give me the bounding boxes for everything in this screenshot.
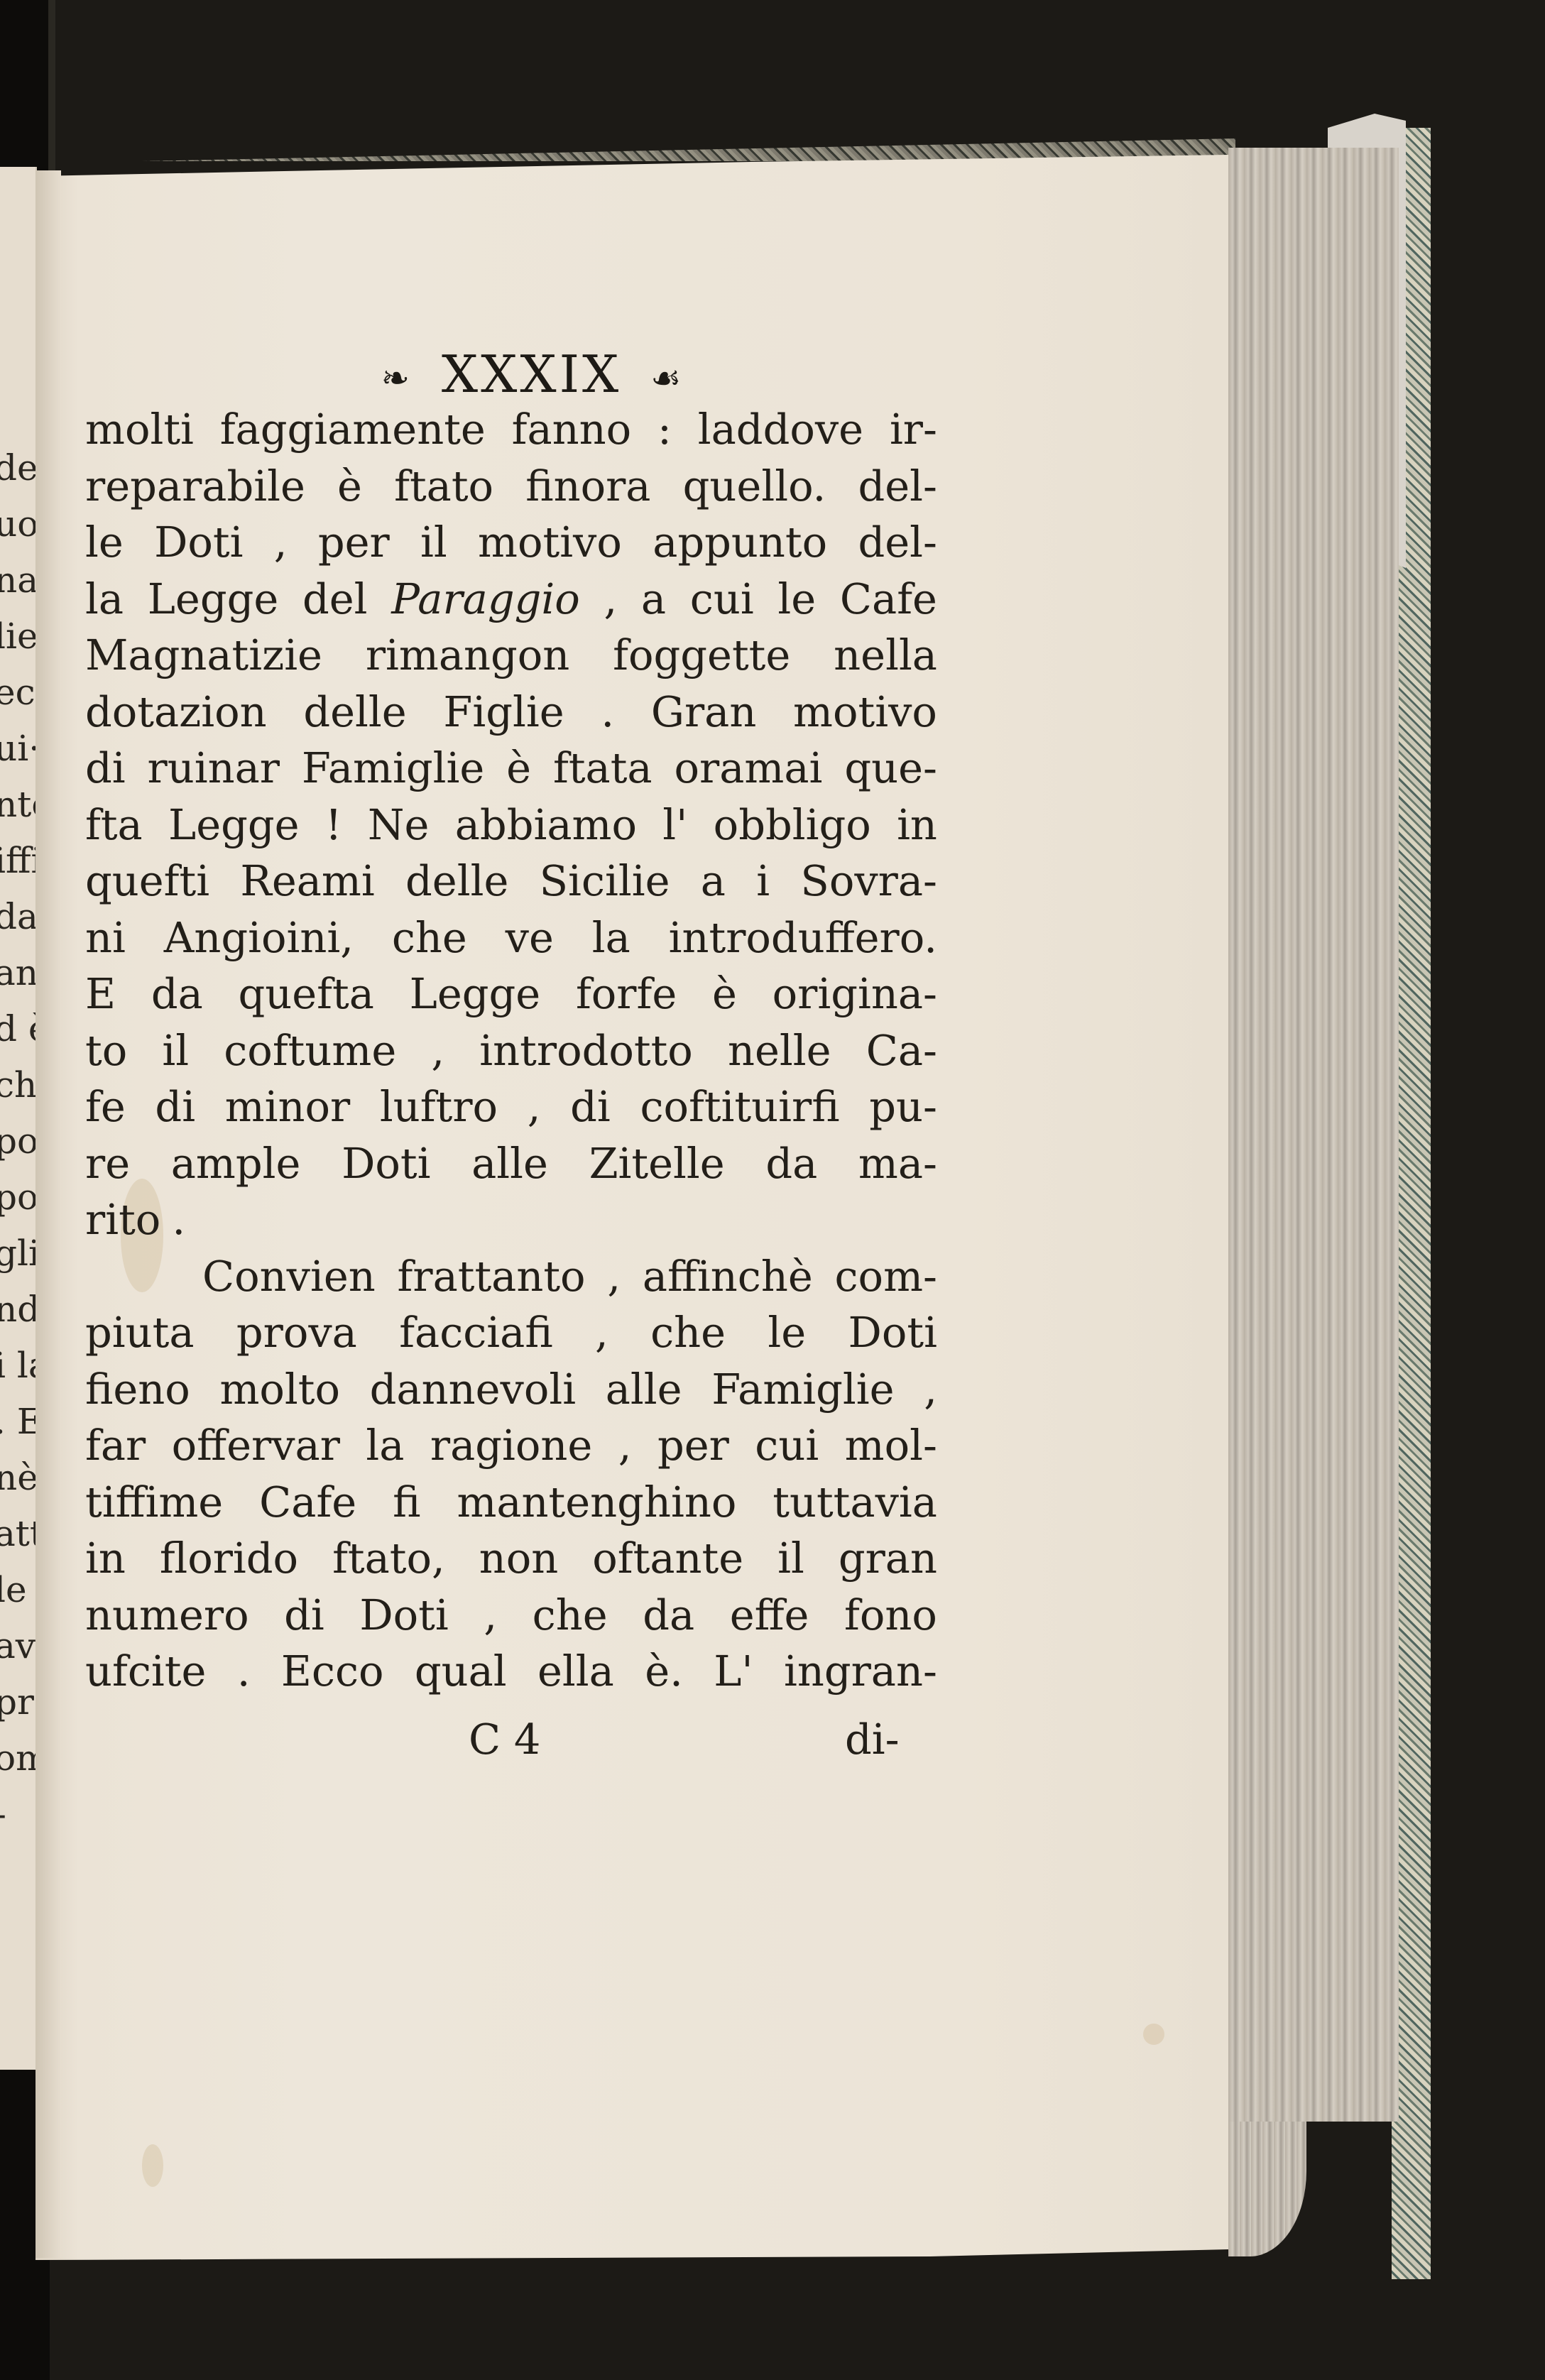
word: molto	[219, 1361, 340, 1418]
word: quefta	[239, 966, 374, 1022]
word: .	[601, 684, 614, 741]
word: Doti	[359, 1587, 448, 1644]
text-line: faroffervarlaragione,percuimol-	[85, 1417, 937, 1474]
text-line: fediminorluftro,dicoftituirfipu-	[85, 1079, 937, 1135]
word: ufcite	[85, 1643, 206, 1700]
word: ella	[537, 1643, 614, 1700]
word: ,	[618, 1417, 632, 1474]
word: foggette	[613, 627, 790, 684]
word: Famiglie	[302, 740, 484, 797]
facing-page-fragment: nè,	[0, 1450, 37, 1505]
word: mol-	[845, 1417, 937, 1474]
facing-page-fragment: poi·	[0, 1113, 37, 1169]
word: reparabile	[85, 458, 305, 515]
facing-page-fragment: -	[0, 1786, 6, 1842]
word: ruinar	[148, 740, 280, 797]
word: fieno	[85, 1361, 190, 1418]
word: del-	[858, 514, 937, 571]
word: ,	[274, 514, 288, 571]
word: ftato,	[332, 1530, 445, 1587]
word: facciafi	[399, 1304, 553, 1361]
word: Ecco	[281, 1643, 384, 1700]
word: ragione	[430, 1417, 592, 1474]
word: introdotto	[479, 1022, 693, 1079]
facing-page-fragment: le	[0, 1562, 27, 1617]
word: il	[162, 1022, 189, 1079]
facing-page-fragment: ec·	[0, 665, 37, 720]
facing-page-fragment: pre·	[0, 1674, 37, 1730]
word: introduffero.	[669, 910, 937, 966]
word: le	[85, 514, 124, 571]
word: da	[765, 1135, 817, 1192]
word: prova	[236, 1304, 357, 1361]
word: Cafe	[840, 571, 937, 628]
word: alle	[471, 1135, 548, 1192]
word: far	[85, 1417, 146, 1474]
facing-page-fragment: che	[0, 1057, 37, 1113]
word: Doti	[154, 514, 243, 571]
word: tuttavia	[772, 1474, 937, 1531]
word: la	[85, 571, 124, 628]
text-line: laLeggedelParaggio,acuileCafe	[85, 571, 937, 628]
word: fi	[393, 1474, 420, 1531]
word: dotazion	[85, 684, 267, 741]
text-line: fienomoltodannevolialleFamiglie,	[85, 1361, 937, 1418]
word: i	[756, 853, 770, 910]
word: fono	[844, 1587, 937, 1644]
text-line: diruinarFamiglieèftataoramaique-	[85, 740, 937, 797]
facing-page-fragment: glie	[0, 1226, 37, 1281]
text-line: tiffimeCafefimantenghinotuttavia	[85, 1474, 937, 1531]
page-gutter-fold	[36, 170, 61, 2258]
facing-page-fragment: ome	[0, 1730, 37, 1786]
word: è.	[645, 1643, 683, 1700]
word: re	[85, 1135, 130, 1192]
text-line: reparabileèftatofinoraquello.del-	[85, 458, 937, 515]
word: florido	[160, 1530, 298, 1587]
word: Legge	[168, 797, 300, 853]
facing-page-fragment: ui·	[0, 721, 37, 776]
word: to	[85, 1022, 127, 1079]
word: coftituirfi	[640, 1079, 839, 1135]
word: motivo	[478, 514, 622, 571]
word: forfe	[576, 966, 677, 1022]
word: fe	[85, 1079, 126, 1135]
word: la	[592, 910, 630, 966]
facing-page-fragment: lie,	[0, 608, 37, 664]
page-footer: C 4 di-	[85, 1715, 937, 1772]
word: ,	[607, 1248, 621, 1305]
word: oftante	[592, 1530, 743, 1587]
word: per	[318, 514, 390, 571]
word: ftato	[394, 458, 493, 515]
text-line: leDoti,perilmotivoappuntodel-	[85, 514, 937, 571]
word: la	[366, 1417, 404, 1474]
word: Magnatizie	[85, 627, 322, 684]
word: L'	[714, 1643, 753, 1700]
word: affinchè	[643, 1248, 813, 1305]
word: Ca-	[866, 1022, 937, 1079]
word: cui	[690, 571, 754, 628]
right-fleuron-icon: ☙	[650, 359, 684, 398]
word: motivo	[793, 684, 937, 741]
word: è	[506, 740, 531, 797]
facing-page-fragment: avia	[0, 1618, 37, 1674]
text-line: ftaLegge!Neabbiamol'obbligoin	[85, 797, 937, 853]
word: appunto	[653, 514, 827, 571]
word: Cafe	[259, 1474, 356, 1531]
text-line: dotaziondelleFiglie.Granmotivo	[85, 684, 937, 741]
word: del-	[858, 458, 937, 515]
word: .	[172, 1191, 185, 1248]
text-line: queftiReamidelleSicilieaiSovra-	[85, 853, 937, 910]
word: frattanto	[398, 1248, 586, 1305]
word: che	[533, 1587, 608, 1644]
word: ve	[506, 910, 554, 966]
word: in	[897, 797, 937, 853]
signature-mark: C 4	[469, 1715, 540, 1764]
word: ,	[431, 1022, 444, 1079]
facing-page-fragment: iffi·	[0, 833, 37, 888]
word: Reami	[240, 853, 374, 910]
word: il	[420, 514, 447, 571]
word: di	[284, 1587, 324, 1644]
text-line: Magnatizierimangonfoggettenella	[85, 627, 937, 684]
facing-page-fragment: del·	[0, 440, 37, 496]
word: che	[392, 910, 467, 966]
page-edges-stack	[1228, 148, 1399, 2122]
text-line: EdaqueftaLeggeforfeèorigina-	[85, 966, 937, 1022]
word: Legge	[148, 571, 279, 628]
word: com-	[835, 1248, 937, 1305]
word: gran	[839, 1530, 937, 1587]
word: Doti	[848, 1304, 937, 1361]
word: ,	[924, 1361, 937, 1418]
word: coftume	[224, 1022, 396, 1079]
text-line: Convienfrattanto,affinchècom-	[85, 1248, 937, 1305]
word: E	[85, 966, 116, 1022]
word: le	[768, 1304, 806, 1361]
word: laddove	[698, 401, 863, 458]
word: cui	[755, 1417, 819, 1474]
page-number: XXXIX	[442, 344, 621, 404]
page-header: ❧ XXXIX ☙	[312, 344, 753, 404]
catchword: di-	[845, 1715, 900, 1764]
word: tiffime	[85, 1474, 223, 1531]
word: rito	[85, 1191, 160, 1248]
facing-page-fragment: . E	[0, 1394, 37, 1449]
word: origina-	[772, 966, 937, 1022]
facing-page-fragment: nde	[0, 1282, 37, 1337]
word: quello.	[683, 458, 826, 515]
word: faggiamente	[220, 401, 486, 458]
text-line: reampleDotialleZitelledama-	[85, 1135, 937, 1192]
word: effe	[730, 1587, 809, 1644]
facing-page-fragment: i la	[0, 1338, 37, 1393]
word: piuta	[85, 1304, 195, 1361]
word: Angioini,	[164, 910, 354, 966]
text-line: toilcoftume,introdottonelleCa-	[85, 1022, 937, 1079]
word: a	[641, 571, 666, 628]
word: di	[85, 740, 126, 797]
word: le	[777, 571, 816, 628]
word: Doti	[342, 1135, 430, 1192]
word: mantenghino	[457, 1474, 736, 1531]
word: di	[570, 1079, 611, 1135]
word: ,	[604, 571, 617, 628]
word: luftro	[380, 1079, 498, 1135]
word: è	[337, 458, 362, 515]
word: per	[657, 1417, 729, 1474]
word: da	[643, 1587, 694, 1644]
word: delle	[303, 684, 406, 741]
word: qual	[415, 1643, 507, 1700]
word: Famiglie	[711, 1361, 894, 1418]
word: quefti	[85, 853, 209, 910]
word: Sicilie	[540, 853, 670, 910]
word: ample	[171, 1135, 301, 1192]
word: fanno	[512, 401, 632, 458]
text-line: moltifaggiamentefanno:laddoveir-	[85, 401, 937, 458]
facing-page-fragment: da	[0, 889, 37, 944]
word: Zitelle	[589, 1135, 725, 1192]
word: l'	[662, 797, 687, 853]
word: nella	[834, 627, 937, 684]
word: Figlie	[443, 684, 564, 741]
word: molti	[85, 401, 194, 458]
body-text: moltifaggiamentefanno:laddoveir-reparabi…	[85, 401, 937, 1700]
facing-page-fragment: nte	[0, 777, 37, 832]
word: alle	[606, 1361, 682, 1418]
word: :	[657, 401, 672, 458]
word: del	[302, 571, 368, 628]
word: da	[151, 966, 203, 1022]
word: ingran-	[784, 1643, 937, 1700]
word: pu-	[869, 1079, 937, 1135]
text-line: numerodiDoti,chedaeffefono	[85, 1587, 937, 1644]
word: ni	[85, 910, 126, 966]
word: Ne	[368, 797, 430, 853]
word: !	[325, 797, 342, 853]
word: è	[712, 966, 737, 1022]
word: Legge	[410, 966, 541, 1022]
word: a	[701, 853, 726, 910]
word: .	[237, 1643, 251, 1700]
text-line: piutaprovafacciafi,cheleDoti	[85, 1304, 937, 1361]
word: ma-	[858, 1135, 937, 1192]
word: dannevoli	[370, 1361, 576, 1418]
word: ,	[595, 1304, 608, 1361]
page-edges-lower	[1228, 2122, 1306, 2256]
word: nelle	[728, 1022, 831, 1079]
text-line: niAngioini,chevelaintroduffero.	[85, 910, 937, 966]
word: delle	[405, 853, 508, 910]
text-line: infloridoftato,nonoftanteilgran	[85, 1530, 937, 1587]
word: Paraggio	[391, 571, 580, 628]
word: il	[777, 1530, 804, 1587]
word: rimangon	[366, 627, 569, 684]
word: obbligo	[714, 797, 871, 853]
word: finora	[525, 458, 650, 515]
foxing-stain	[142, 2144, 163, 2187]
word: in	[85, 1530, 126, 1587]
facing-page-fragment: d è	[0, 1001, 37, 1057]
text-line: ufcite.Eccoqualellaè.L'ingran-	[85, 1643, 937, 1700]
facing-page-fragment: atta	[0, 1506, 37, 1561]
word: ftata	[553, 740, 653, 797]
facing-page-fragment: uo·	[0, 496, 37, 552]
word: abbiamo	[455, 797, 637, 853]
word: offervar	[172, 1417, 340, 1474]
word: numero	[85, 1587, 249, 1644]
word: oramai	[675, 740, 823, 797]
facing-page-fragment: na·	[0, 552, 37, 608]
foxing-stain	[1143, 2024, 1164, 2045]
word: di	[155, 1079, 195, 1135]
word: ir-	[890, 401, 937, 458]
word: que-	[844, 740, 937, 797]
text-line: rito.	[85, 1191, 937, 1248]
word: Convien	[202, 1248, 376, 1305]
spine-shadow	[48, 0, 55, 185]
word: ,	[484, 1587, 497, 1644]
left-fleuron-icon: ❧	[381, 359, 413, 398]
facing-page-fragment: ano	[0, 945, 37, 1000]
facing-page-sliver: del·uo·na·lie,ec·ui·nteiffi·daanod èchep…	[0, 167, 37, 2070]
word: ,	[528, 1079, 541, 1135]
word: fta	[85, 797, 143, 853]
word: Sovra-	[800, 853, 937, 910]
word: non	[479, 1530, 559, 1587]
facing-page-fragment: po·	[0, 1169, 37, 1225]
word: Gran	[651, 684, 757, 741]
word: che	[650, 1304, 726, 1361]
word: minor	[225, 1079, 351, 1135]
